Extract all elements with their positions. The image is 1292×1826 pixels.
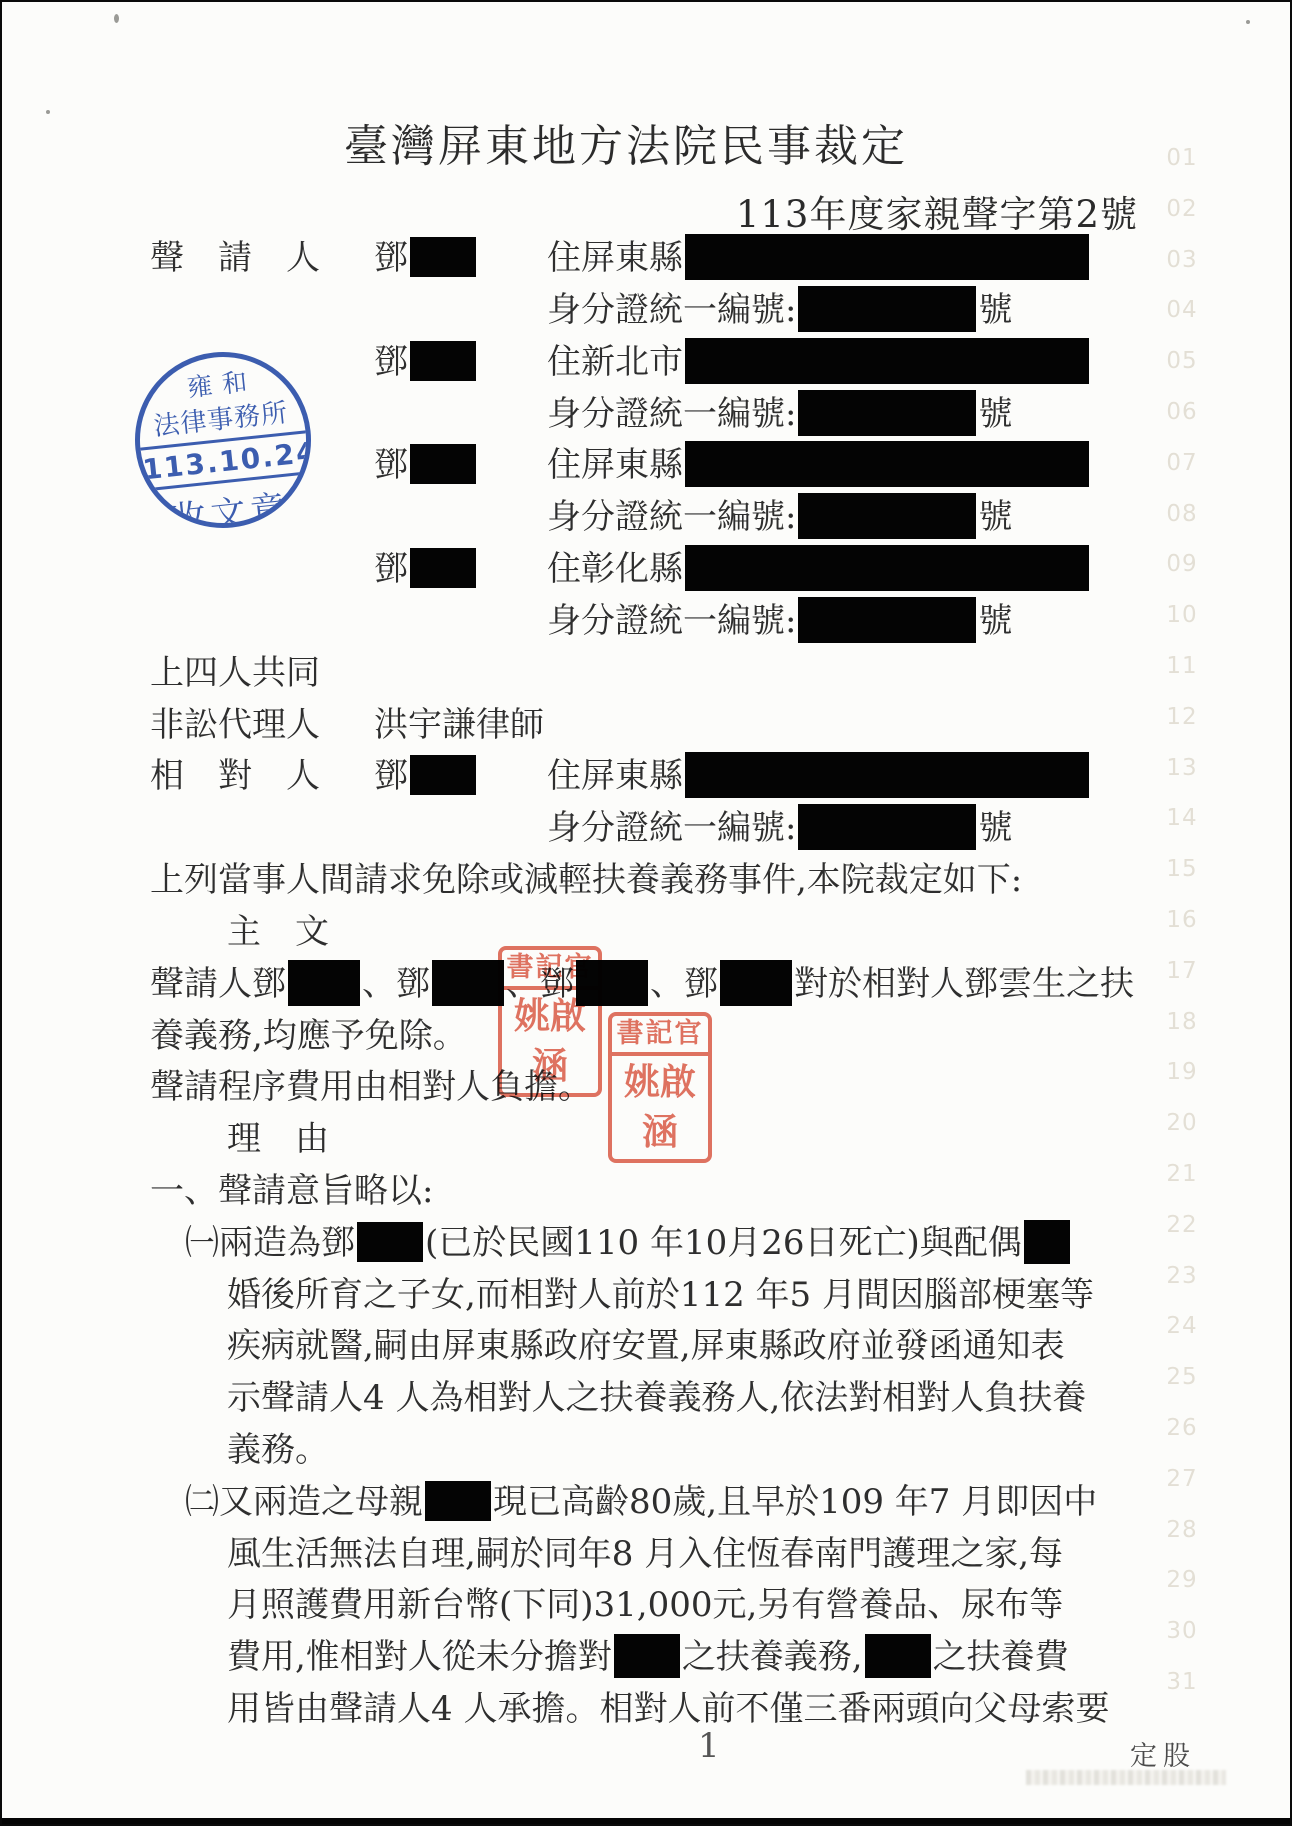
text-run: 身分證統一編號:號 xyxy=(547,598,1012,646)
line-number: 15 xyxy=(1162,856,1202,882)
redaction-box xyxy=(685,234,1089,280)
text-line: 相 對 人鄧住屏東縣 xyxy=(2,753,1292,803)
redaction-box xyxy=(798,493,976,539)
redaction-box xyxy=(798,286,976,332)
clerk-seal-1: 書記官 姚啟涵 xyxy=(498,946,602,1097)
line-number: 25 xyxy=(1162,1364,1202,1390)
text-line: 身分證統一編號:號 xyxy=(2,598,1292,648)
clerk-seal-title: 書記官 xyxy=(608,1012,712,1056)
redaction-box xyxy=(410,755,476,795)
case-number: 113年度家親聲字第2號 xyxy=(736,184,1138,238)
text-run: 住屏東縣 xyxy=(547,753,1091,801)
footer-watermark-artifact xyxy=(1026,1770,1226,1785)
text-line: 鄧住彰化縣 xyxy=(2,546,1292,596)
text-run: 聲 請 人 xyxy=(150,235,320,281)
clerk-seal-2: 書記官 姚啟涵 xyxy=(608,1012,712,1163)
line-number: 28 xyxy=(1162,1517,1202,1543)
line-number: 07 xyxy=(1162,450,1202,476)
line-number: 16 xyxy=(1162,907,1202,933)
text-run: 理 由 xyxy=(227,1116,329,1162)
line-number: 06 xyxy=(1162,399,1202,425)
text-run: 上四人共同 xyxy=(150,650,320,696)
text-run: 用皆由聲請人4 人承擔。相對人前不僅三番兩頭向父母索要 xyxy=(227,1686,1109,1732)
scan-speck xyxy=(114,14,119,23)
line-number: 17 xyxy=(1162,958,1202,984)
text-run: 洪宇謙律師 xyxy=(374,702,544,748)
text-run: 主 文 xyxy=(227,909,329,955)
redaction-box xyxy=(410,237,476,277)
redaction-box xyxy=(685,338,1089,384)
division-label: 定股 xyxy=(1130,1734,1196,1773)
line-number: 19 xyxy=(1162,1059,1202,1085)
line-number: 02 xyxy=(1162,196,1202,222)
text-run: 住彰化縣 xyxy=(547,546,1091,594)
redaction-box xyxy=(410,444,476,484)
line-number: 18 xyxy=(1162,1009,1202,1035)
text-run: 示聲請人4 人為相對人之扶養義務人,依法對相對人負扶養 xyxy=(227,1375,1086,1421)
text-run: 身分證統一編號:號 xyxy=(547,287,1012,335)
text-run: 養義務,均應予免除。 xyxy=(150,1013,467,1059)
line-number: 04 xyxy=(1162,297,1202,323)
clerk-seal-name: 姚啟涵 xyxy=(498,990,602,1097)
text-line: 疾病就醫,嗣由屏東縣政府安置,屏東縣政府並發函通知表 xyxy=(2,1323,1292,1373)
redaction-box xyxy=(410,548,476,588)
line-number: 27 xyxy=(1162,1466,1202,1492)
court-ruling-document: 臺灣屏東地方法院民事裁定 113年度家親聲字第2號 聲 請 人鄧住屏東縣身分證統… xyxy=(0,0,1292,1826)
redaction-box xyxy=(865,1634,931,1678)
redaction-box xyxy=(425,1481,491,1521)
text-line: 非訟代理人洪宇謙律師 xyxy=(2,702,1292,752)
redaction-box xyxy=(798,804,976,850)
text-run: 鄧 xyxy=(374,753,478,799)
text-line: 主 文 xyxy=(2,909,1292,959)
line-number: 29 xyxy=(1162,1567,1202,1593)
text-run: 鄧 xyxy=(374,546,478,592)
text-line: ㈠兩造為鄧(已於民國110 年10月26日死亡)與配偶 xyxy=(2,1220,1292,1270)
redaction-box xyxy=(288,960,360,1006)
line-number: 03 xyxy=(1162,247,1202,273)
redaction-box xyxy=(720,960,792,1006)
text-run: 費用,惟相對人從未分擔對之扶養義務,之扶養費 xyxy=(227,1634,1069,1681)
text-line: 聲 請 人鄧住屏東縣 xyxy=(2,235,1292,285)
text-line: 風生活無法自理,嗣於同年8 月入住恆春南門護理之家,每 xyxy=(2,1531,1292,1581)
line-number: 09 xyxy=(1162,551,1202,577)
scan-bottom-edge xyxy=(2,1818,1292,1826)
line-number: 11 xyxy=(1162,653,1202,679)
text-line: 用皆由聲請人4 人承擔。相對人前不僅三番兩頭向父母索要 xyxy=(2,1686,1292,1736)
text-line: 義務。 xyxy=(2,1427,1292,1477)
line-number: 20 xyxy=(1162,1110,1202,1136)
text-line: 一、聲請意旨略以: xyxy=(2,1168,1292,1218)
text-run: 身分證統一編號:號 xyxy=(547,805,1012,853)
text-run: 風生活無法自理,嗣於同年8 月入住恆春南門護理之家,每 xyxy=(227,1531,1063,1577)
text-run: 月照護費用新台幣(下同)31,000元,另有營養品、尿布等 xyxy=(227,1582,1063,1628)
redaction-box xyxy=(798,597,976,643)
line-number: 26 xyxy=(1162,1415,1202,1441)
page-number: 1 xyxy=(698,1726,720,1766)
scan-speck xyxy=(1246,20,1250,24)
document-title: 臺灣屏東地方法院民事裁定 xyxy=(150,110,1102,174)
text-run: 鄧 xyxy=(374,339,478,385)
text-run: 身分證統一編號:號 xyxy=(547,494,1012,542)
text-line: 上列當事人間請求免除或減輕扶養義務事件,本院裁定如下: xyxy=(2,857,1292,907)
redaction-box xyxy=(685,441,1089,487)
line-number: 14 xyxy=(1162,805,1202,831)
text-run: 聲請人鄧、鄧、鄧、鄧對於相對人鄧雲生之扶 xyxy=(150,961,1134,1009)
line-number: 01 xyxy=(1162,145,1202,171)
text-run: 非訟代理人 xyxy=(150,702,320,748)
line-number: 21 xyxy=(1162,1161,1202,1187)
text-line: 身分證統一編號:號 xyxy=(2,287,1292,337)
text-run: 疾病就醫,嗣由屏東縣政府安置,屏東縣政府並發函通知表 xyxy=(227,1323,1065,1369)
redaction-box xyxy=(357,1222,423,1262)
text-run: 相 對 人 xyxy=(150,753,320,799)
text-run: 一、聲請意旨略以: xyxy=(150,1168,433,1214)
text-line: 聲請人鄧、鄧、鄧、鄧對於相對人鄧雲生之扶 xyxy=(2,961,1292,1011)
redaction-box xyxy=(1024,1220,1070,1264)
text-line: 費用,惟相對人從未分擔對之扶養義務,之扶養費 xyxy=(2,1634,1292,1684)
clerk-seal-title: 書記官 xyxy=(498,946,602,990)
text-line: ㈡又兩造之母親現已高齡80歲,且早於109 年7 月即因中 xyxy=(2,1479,1292,1529)
line-number: 30 xyxy=(1162,1618,1202,1644)
clerk-seal-name: 姚啟涵 xyxy=(608,1056,712,1163)
text-run: 婚後所育之子女,而相對人前於112 年5 月間因腦部梗塞等 xyxy=(227,1272,1094,1318)
redaction-box xyxy=(685,752,1089,798)
line-number: 24 xyxy=(1162,1313,1202,1339)
redaction-box xyxy=(614,1634,680,1678)
text-run: 義務。 xyxy=(227,1427,329,1473)
text-run: 住新北市 xyxy=(547,339,1091,387)
redaction-box xyxy=(432,960,504,1006)
line-number: 05 xyxy=(1162,348,1202,374)
text-run: 住屏東縣 xyxy=(547,442,1091,490)
line-number: 22 xyxy=(1162,1212,1202,1238)
redaction-box xyxy=(685,545,1089,591)
text-run: ㈡又兩造之母親現已高齡80歲,且早於109 年7 月即因中 xyxy=(185,1479,1097,1525)
text-run: 住屏東縣 xyxy=(547,235,1091,283)
text-line: 示聲請人4 人為相對人之扶養義務人,依法對相對人負扶養 xyxy=(2,1375,1292,1425)
text-run: 上列當事人間請求免除或減輕扶養義務事件,本院裁定如下: xyxy=(150,857,1022,903)
scan-speck xyxy=(46,110,50,114)
text-line: 月照護費用新台幣(下同)31,000元,另有營養品、尿布等 xyxy=(2,1582,1292,1632)
text-run: 鄧 xyxy=(374,235,478,281)
line-number: 08 xyxy=(1162,501,1202,527)
text-run: ㈠兩造為鄧(已於民國110 年10月26日死亡)與配偶 xyxy=(185,1220,1072,1267)
line-number: 10 xyxy=(1162,602,1202,628)
redaction-box xyxy=(798,390,976,436)
text-run: 鄧 xyxy=(374,442,478,488)
line-number: 23 xyxy=(1162,1263,1202,1289)
line-number: 12 xyxy=(1162,704,1202,730)
text-run: 身分證統一編號:號 xyxy=(547,391,1012,439)
text-line: 婚後所育之子女,而相對人前於112 年5 月間因腦部梗塞等 xyxy=(2,1272,1292,1322)
text-line: 身分證統一編號:號 xyxy=(2,805,1292,855)
line-number: 13 xyxy=(1162,755,1202,781)
text-line: 上四人共同 xyxy=(2,650,1292,700)
redaction-box xyxy=(410,341,476,381)
line-number: 31 xyxy=(1162,1669,1202,1695)
